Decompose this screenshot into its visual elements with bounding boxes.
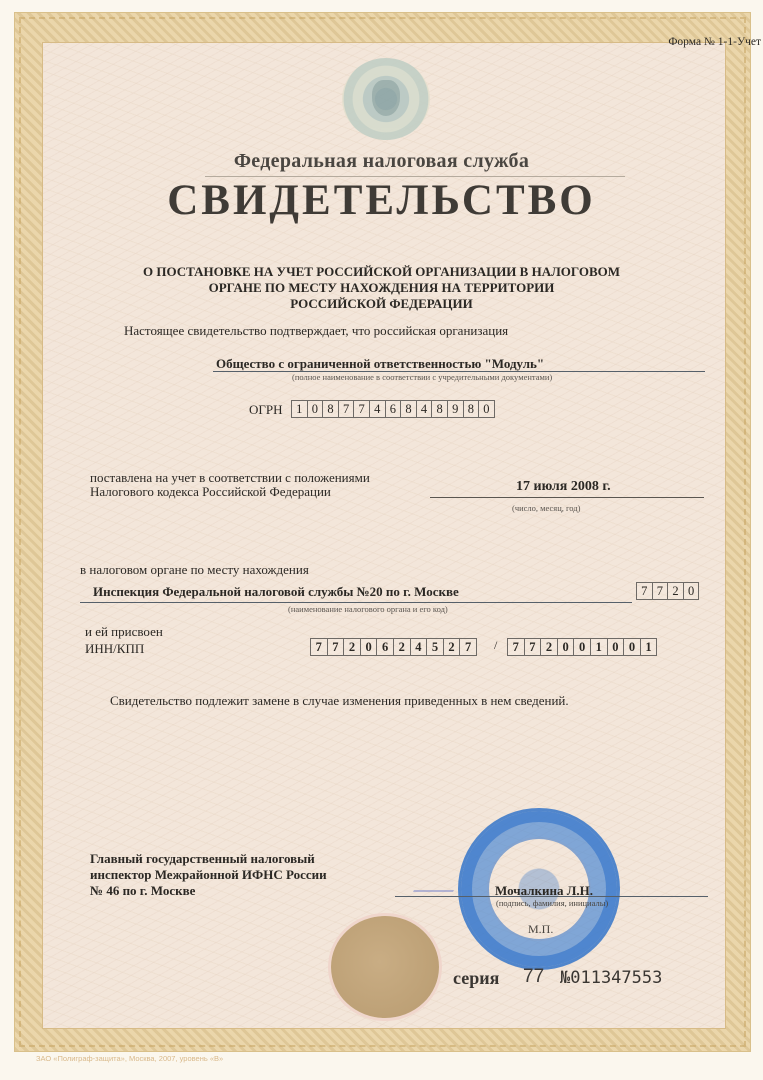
digit-cell: 2	[540, 638, 558, 656]
issuer-name: Федеральная налоговая служба	[0, 150, 763, 173]
digit-cell: 8	[322, 400, 339, 418]
registration-text-line: Налогового кодекса Российской Федерации	[90, 485, 370, 499]
digit-cell: 2	[393, 638, 411, 656]
ogrn-cells: 1087746848980	[292, 400, 495, 418]
tax-authority-code-cells: 7720	[637, 582, 699, 600]
digit-cell: 7	[524, 638, 542, 656]
tax-authority-label: в налоговом органе по месту нахождения	[80, 562, 309, 578]
form-number: Форма № 1-1-Учет	[668, 36, 761, 48]
confirm-text: Настоящее свидетельство подтверждает, чт…	[124, 323, 508, 339]
digit-cell: 1	[590, 638, 608, 656]
digit-cell: 4	[410, 638, 428, 656]
hologram-emblem-icon	[342, 58, 430, 140]
digit-cell: 0	[607, 638, 625, 656]
subtitle-line: РОССИЙСКОЙ ФЕДЕРАЦИИ	[0, 296, 763, 312]
digit-cell: 0	[623, 638, 641, 656]
digit-cell: 7	[338, 400, 355, 418]
registration-date: 17 июля 2008 г.	[516, 479, 611, 495]
digit-cell: 2	[667, 582, 684, 600]
digit-cell: 7	[327, 638, 345, 656]
signer-position-line: инспектор Межрайонной ИФНС России	[90, 867, 327, 883]
digit-cell: 0	[307, 400, 324, 418]
digit-cell: 8	[463, 400, 480, 418]
digit-cell: 4	[416, 400, 433, 418]
signer-position-line: № 46 по г. Москве	[90, 883, 327, 899]
subtitle-line: О ПОСТАНОВКЕ НА УЧЕТ РОССИЙСКОЙ ОРГАНИЗА…	[0, 264, 763, 280]
digit-cell: 7	[652, 582, 669, 600]
digit-cell: 2	[343, 638, 361, 656]
digit-cell: 0	[683, 582, 700, 600]
digit-cell: 1	[291, 400, 308, 418]
certificate-subtitle: О ПОСТАНОВКЕ НА УЧЕТ РОССИЙСКОЙ ОРГАНИЗА…	[0, 264, 763, 312]
tax-authority-caption: (наименование налогового органа и его ко…	[288, 604, 448, 614]
digit-cell: 7	[353, 400, 370, 418]
registration-text: поставлена на учет в соответствии с поло…	[90, 471, 370, 499]
signer-position-line: Главный государственный налоговый	[90, 851, 327, 867]
tax-authority-name: Инспекция Федеральной налоговой службы №…	[93, 584, 459, 600]
digit-cell: 6	[376, 638, 394, 656]
kpp-cells: 772001001	[508, 638, 657, 656]
subtitle-line: ОРГАНЕ ПО МЕСТУ НАХОЖДЕНИЯ НА ТЕРРИТОРИИ	[0, 280, 763, 296]
digit-cell: 8	[431, 400, 448, 418]
ogrn-label: ОГРН	[249, 402, 283, 418]
digit-cell: 0	[478, 400, 495, 418]
inn-cells: 7720624527	[311, 638, 477, 656]
series-value: 77	[523, 966, 544, 988]
digit-cell: 0	[360, 638, 378, 656]
digit-cell: 4	[369, 400, 386, 418]
gold-seal-icon	[331, 916, 439, 1018]
certificate-number: №011347553	[560, 968, 662, 988]
assigned-label: и ей присвоен	[85, 623, 163, 640]
replacement-note: Свидетельство подлежит замене в случае и…	[110, 693, 569, 709]
registration-text-line: поставлена на учет в соответствии с поло…	[90, 471, 370, 485]
digit-cell: 7	[310, 638, 328, 656]
digit-cell: 6	[385, 400, 402, 418]
digit-cell: 9	[447, 400, 464, 418]
organization-name: Общество с ограниченной ответственностью…	[216, 356, 544, 372]
digit-cell: 7	[636, 582, 653, 600]
digit-cell: 5	[426, 638, 444, 656]
stamp-place-mark: М.П.	[528, 922, 553, 937]
inn-kpp-label: ИНН/КПП	[85, 640, 163, 657]
inn-kpp-labels: и ей присвоен ИНН/КПП	[85, 623, 163, 657]
certificate-title: СВИДЕТЕЛЬСТВО	[0, 176, 763, 225]
digit-cell: 7	[507, 638, 525, 656]
digit-cell: 8	[400, 400, 417, 418]
digit-cell: 0	[557, 638, 575, 656]
signer-name: Мочалкина Л.Н.	[495, 883, 593, 899]
printer-note: ЗАО «Полиграф-защита», Москва, 2007, уро…	[36, 1054, 223, 1063]
series-label: серия	[453, 968, 499, 989]
inn-kpp-separator: /	[494, 638, 497, 653]
organization-caption: (полное наименование в соответствии с уч…	[292, 372, 552, 382]
signer-position: Главный государственный налоговый инспек…	[90, 851, 327, 899]
digit-cell: 7	[459, 638, 477, 656]
registration-date-caption: (число, месяц, год)	[512, 503, 580, 513]
digit-cell: 0	[573, 638, 591, 656]
registration-date-underline	[430, 497, 704, 498]
signature-caption: (подпись, фамилия, инициалы)	[496, 898, 608, 908]
digit-cell: 1	[640, 638, 658, 656]
digit-cell: 2	[443, 638, 461, 656]
tax-authority-underline	[80, 602, 632, 603]
